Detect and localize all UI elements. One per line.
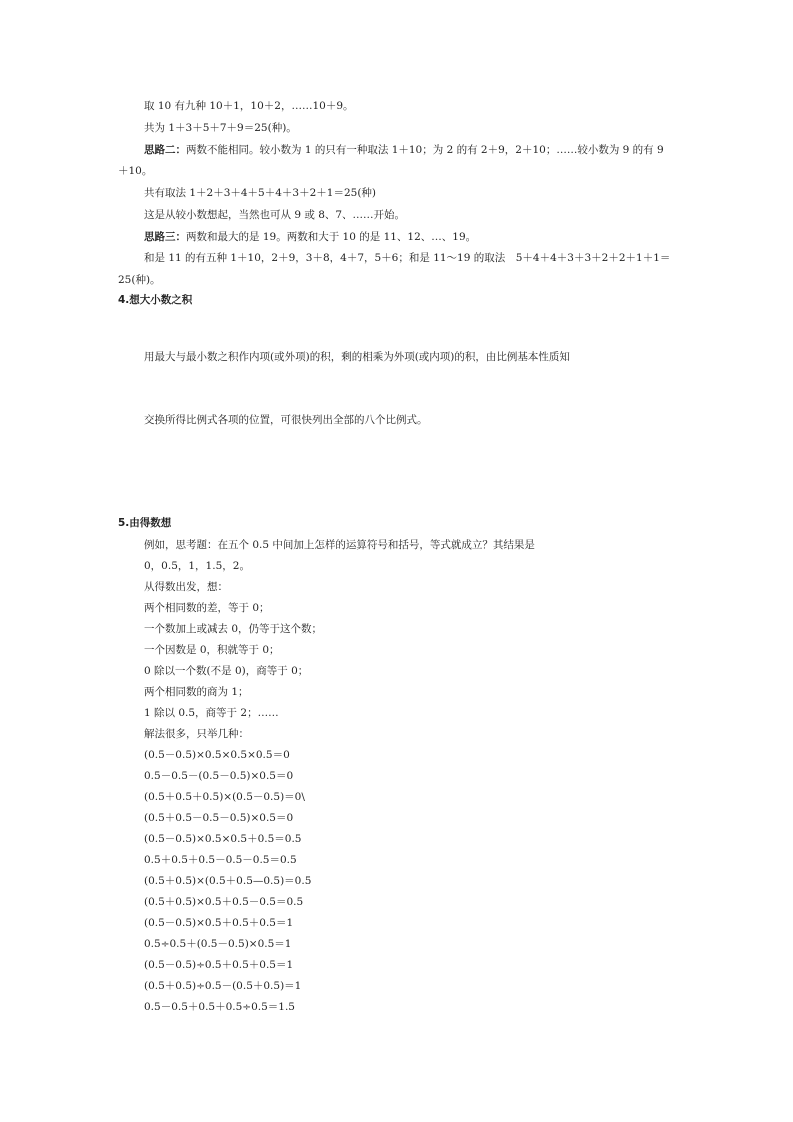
equation-line: 0.5÷0.5＋(0.5－0.5)×0.5＝1 [144,937,291,951]
paragraph-line: 思路三：两数和最大的是 19。两数和大于 10 的是 11、12、…、19。 [144,230,476,244]
equation-line: (0.5－0.5)×0.5×0.5×0.5＝0 [144,748,290,762]
paragraph-line: 1 除以 0.5，商等于 2；…… [144,706,279,720]
paragraph-line: ＋10。 [118,164,152,178]
paragraph-line: 共有取法 1＋2＋3＋4＋5＋4＋3＋2＋1＝25(种) [144,186,376,200]
paragraph-line: 一个数加上或减去 0，仍等于这个数； [144,622,322,636]
equation-line: 0.5－0.5＋0.5＋0.5÷0.5＝1.5 [144,1000,295,1014]
equation-line: (0.5＋0.5－0.5－0.5)×0.5＝0 [144,811,293,825]
equation-line: (0.5＋0.5)÷0.5－(0.5＋0.5)＝1 [144,979,301,993]
equation-line: (0.5＋0.5＋0.5)×(0.5－0.5)＝0\ [144,790,305,804]
equation-line: (0.5－0.5)×0.5＋0.5＋0.5＝1 [144,916,293,930]
paragraph-line: 用最大与最小数之积作内项(或外项)的积，剩的相乘为外项(或内项)的积，由比例基本… [144,350,570,364]
paragraph-line: 0，0.5，1，1.5，2。 [144,559,250,573]
equation-line: (0.5－0.5)×0.5×0.5＋0.5＝0.5 [144,832,301,846]
section-heading-4: 4.想大小数之积 [118,293,192,307]
paragraph-line: 取 10 有九种 10＋1，10＋2，……10＋9。 [144,99,354,113]
strategy-text: 两数不能相同。较小数为 1 的只有一种取法 1＋10；为 2 的有 2＋9，2＋… [186,144,664,156]
equation-line: (0.5＋0.5)×0.5＋0.5－0.5＝0.5 [144,895,303,909]
paragraph-line: 从得数出发，想： [144,580,228,594]
paragraph-line: 交换所得比例式各项的位置，可很快列出全部的八个比例式。 [144,413,428,427]
paragraph-line: 例如，思考题：在五个 0.5 中间加上怎样的运算符号和括号，等式就成立？其结果是 [144,538,535,552]
equation-line: (0.5＋0.5)×(0.5＋0.5—0.5)＝0.5 [144,874,311,888]
paragraph-line: 两个相同数的差，等于 0； [144,601,270,615]
paragraph-line: 两个相同数的商为 1； [144,685,249,699]
paragraph-line: 0 除以一个数(不是 0)，商等于 0； [144,664,308,678]
paragraph-line: 这是从较小数想起，当然也可从 9 或 8、7、……开始。 [144,208,405,222]
paragraph-line: 25(种)。 [118,273,161,287]
paragraph-line: 解法很多，只举几种： [144,727,249,741]
section-heading-5: 5.由得数想 [118,516,171,530]
paragraph-line: 思路二：两数不能相同。较小数为 1 的只有一种取法 1＋10；为 2 的有 2＋… [144,143,664,157]
strategy-label: 思路三： [144,231,186,243]
strategy-text: 两数和最大的是 19。两数和大于 10 的是 11、12、…、19。 [186,231,476,243]
paragraph-line: 一个因数是 0，积就等于 0； [144,643,280,657]
strategy-label: 思路二： [144,144,186,156]
equation-line: 0.5－0.5－(0.5－0.5)×0.5＝0 [144,769,293,783]
equation-line: (0.5－0.5)÷0.5＋0.5＋0.5＝1 [144,958,293,972]
paragraph-line: 和是 11 的有五种 1＋10，2＋9，3＋8，4＋7，5＋6；和是 11～19… [144,251,670,265]
equation-line: 0.5＋0.5＋0.5－0.5－0.5＝0.5 [144,853,297,867]
paragraph-line: 共为 1＋3＋5＋7＋9＝25(种)。 [144,121,297,135]
